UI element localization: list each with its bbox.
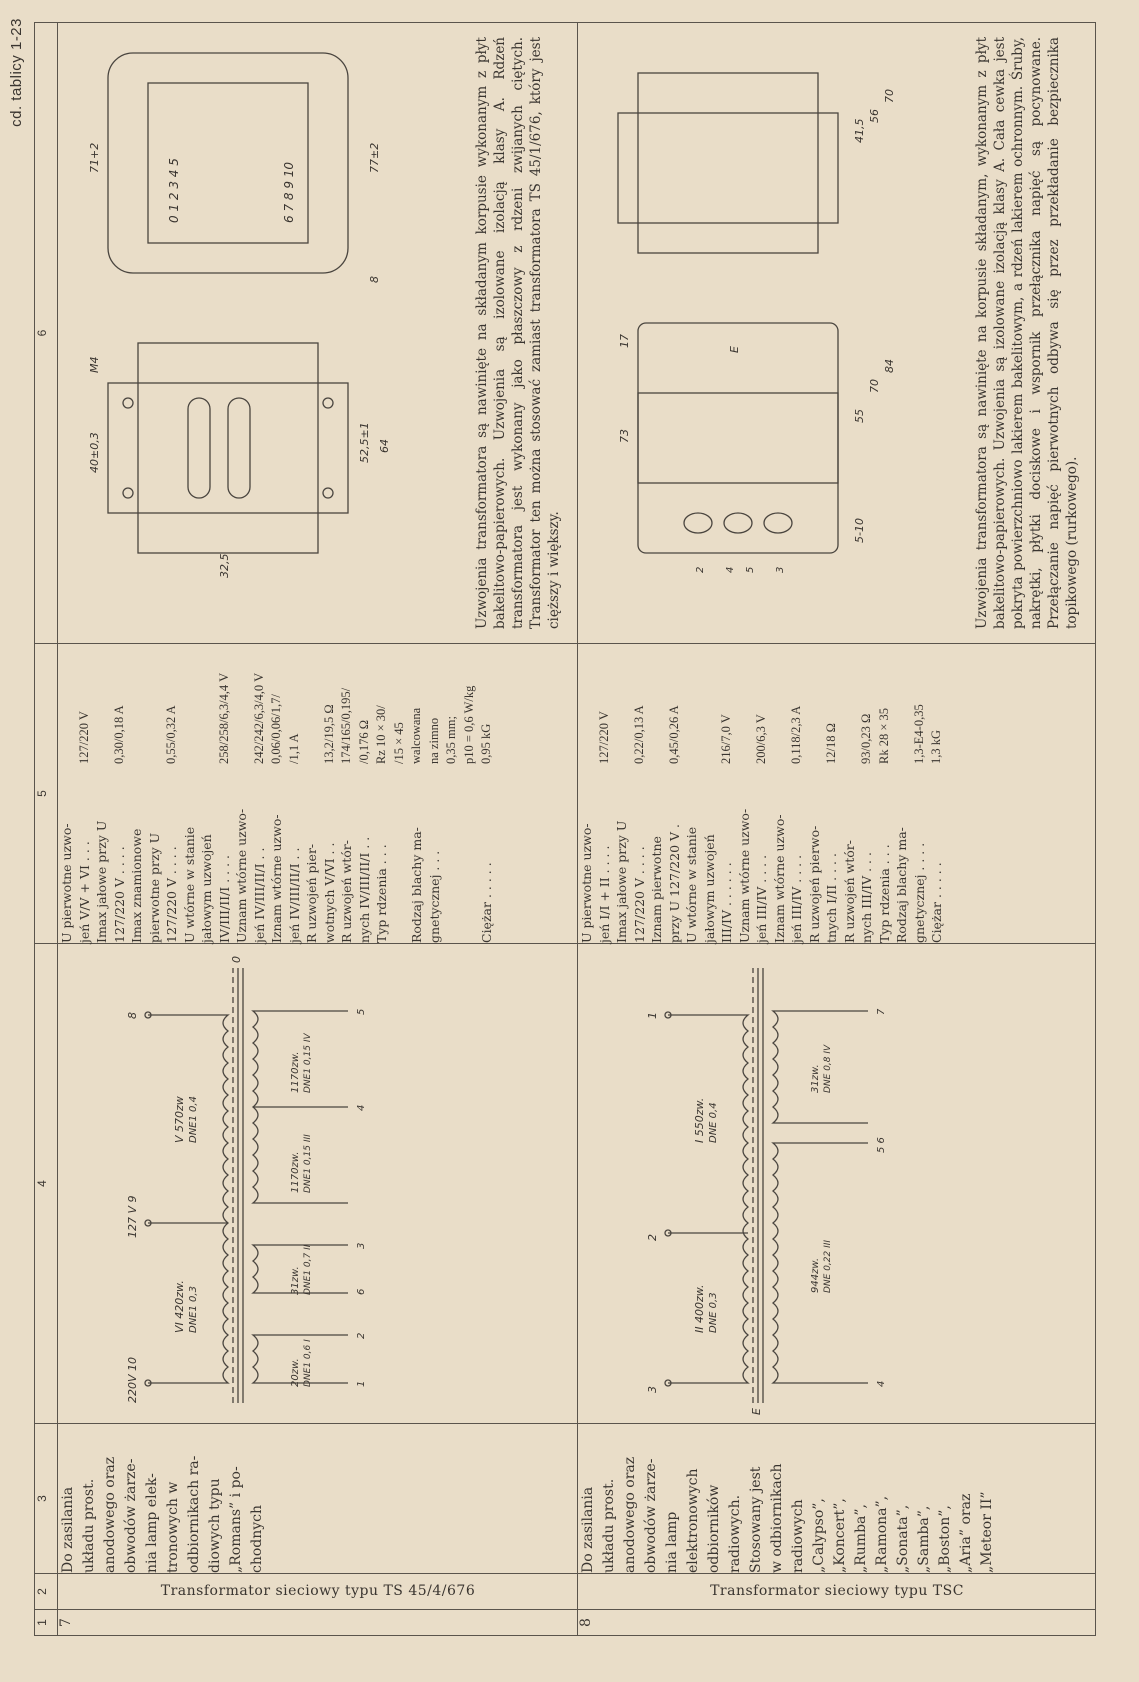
svg-text:DNE1 0,3: DNE1 0,3 [188, 1286, 199, 1333]
svg-text:73: 73 [618, 429, 631, 443]
svg-text:64: 64 [378, 439, 391, 453]
svg-text:DNE 0,22 III: DNE 0,22 III [823, 1240, 833, 1293]
svg-text:DNE 0,8 IV: DNE 0,8 IV [823, 1044, 833, 1093]
svg-text:4: 4 [876, 1381, 887, 1387]
svg-text:2: 2 [356, 1333, 367, 1339]
svg-text:V 570zw: V 570zw [173, 1096, 186, 1143]
transformer-name: Transformator sieciowy typu TSC [710, 1584, 964, 1600]
column-number-row: 1 2 3 4 5 6 [35, 23, 58, 1636]
transformer-name: Transformator sieciowy typu TS 45/4/676 [160, 1584, 474, 1600]
col-3-header: 3 [35, 1424, 58, 1574]
svg-text:VI 420zw.: VI 420zw. [173, 1280, 186, 1333]
svg-text:DNE1 0,7 II: DNE1 0,7 II [303, 1244, 313, 1295]
col-6-header: 6 [35, 23, 58, 644]
rotated-page: cd. tablicy 1-23 1 2 3 4 5 6 7 Transform… [0, 0, 1139, 1682]
svg-text:31zw.: 31zw. [290, 1266, 301, 1295]
svg-text:220V 10: 220V 10 [126, 1357, 139, 1403]
svg-text:1: 1 [646, 1012, 659, 1019]
svg-text:8: 8 [368, 276, 381, 283]
svg-text:1170zw.: 1170zw. [290, 1152, 301, 1193]
parameters-list: U pierwotne uzwo- jeń I/I + II . . . .12… [578, 644, 1096, 944]
svg-text:I 550zw.: I 550zw. [693, 1098, 706, 1143]
svg-text:3: 3 [356, 1243, 367, 1249]
svg-text:56: 56 [868, 109, 881, 123]
svg-text:6: 6 [356, 1289, 367, 1295]
svg-text:944zw.: 944zw. [810, 1258, 821, 1293]
col-1-header: 1 [35, 1610, 58, 1636]
svg-text:20zw.: 20zw. [290, 1358, 301, 1387]
svg-text:31zw.: 31zw. [810, 1064, 821, 1093]
svg-text:5: 5 [356, 1009, 367, 1015]
svg-text:77±2: 77±2 [368, 143, 381, 173]
transformer-name-cell: Transformator sieciowy typu TSC [578, 1574, 1096, 1610]
svg-text:70: 70 [883, 89, 896, 103]
winding-schematic: 220V 10 127 V 9 8 0 VI 420zw. DNE1 0,3 V… [58, 944, 578, 1424]
parameters-list: U pierwotne uzwo- jeń V/V + VI . . .127/… [58, 644, 578, 944]
svg-text:0 1 2 3 4 5: 0 1 2 3 4 5 [167, 158, 181, 223]
svg-text:2: 2 [695, 567, 706, 573]
svg-text:40±0,3: 40±0,3 [88, 432, 101, 473]
svg-text:DNE 0,3: DNE 0,3 [708, 1292, 719, 1333]
svg-text:71+2: 71+2 [88, 143, 101, 173]
construction-description: 2 4 5 3 E 73 17 5-10 55 70 84 41,5 56 70 [578, 23, 1096, 644]
svg-text:41,5: 41,5 [853, 119, 866, 144]
page-reference: cd. tablicy 1-23 [8, 18, 25, 127]
svg-text:4: 4 [356, 1105, 367, 1111]
svg-text:52,5±1: 52,5±1 [358, 422, 371, 463]
svg-text:5-10: 5-10 [853, 518, 866, 543]
svg-text:DNE1 0,4: DNE1 0,4 [188, 1096, 199, 1143]
svg-text:84: 84 [883, 359, 896, 373]
use-description: Do zasilania układu prost. anodowego ora… [578, 1424, 1096, 1574]
svg-text:8: 8 [126, 1012, 139, 1019]
use-description: Do zasilania układu prost. anodowego ora… [58, 1424, 578, 1574]
transformer-drawing: 32,5 40±0,3 M4 52,5±1 64 0 1 2 3 4 5 6 7… [78, 23, 398, 583]
svg-text:DNE1 0,15 III: DNE1 0,15 III [303, 1134, 313, 1193]
description-text: Uzwojenia transformatora są nawinięte na… [473, 37, 563, 629]
transformer-table: 1 2 3 4 5 6 7 Transformator sieciowy typ… [34, 22, 1096, 1636]
svg-text:4: 4 [725, 567, 736, 573]
svg-text:1170zw.: 1170zw. [290, 1052, 301, 1093]
construction-description: 32,5 40±0,3 M4 52,5±1 64 0 1 2 3 4 5 6 7… [58, 23, 578, 644]
svg-text:3: 3 [775, 567, 786, 573]
svg-text:6 7 8 9 10: 6 7 8 9 10 [282, 162, 296, 223]
svg-text:2: 2 [646, 1234, 659, 1241]
transformer-name-cell: Transformator sieciowy typu TS 45/4/676 [58, 1574, 578, 1610]
svg-text:E: E [750, 1408, 763, 1415]
svg-text:DNE1 0,15 IV: DNE1 0,15 IV [303, 1033, 313, 1093]
svg-text:0: 0 [230, 956, 243, 963]
svg-text:3: 3 [646, 1386, 659, 1393]
svg-text:M4: M4 [88, 357, 101, 374]
svg-text:55: 55 [853, 409, 866, 423]
svg-text:127 V 9: 127 V 9 [126, 1195, 139, 1238]
svg-text:5: 5 [745, 567, 756, 573]
svg-text:5 6: 5 6 [876, 1137, 887, 1153]
svg-text:1: 1 [356, 1381, 367, 1387]
svg-text:7: 7 [876, 1008, 887, 1015]
row-number: 7 [58, 1610, 578, 1636]
svg-text:DNE 0,4: DNE 0,4 [708, 1102, 719, 1143]
svg-text:17: 17 [618, 334, 631, 348]
row-number: 8 [578, 1610, 1096, 1636]
transformer-drawing: 2 4 5 3 E 73 17 5-10 55 70 84 41,5 56 70 [598, 23, 898, 583]
table-row-7: 7 Transformator sieciowy typu TS 45/4/67… [58, 23, 578, 1636]
svg-text:70: 70 [868, 379, 881, 393]
description-text: Uzwojenia transformatora są nawinięte na… [973, 37, 1081, 629]
winding-schematic: 3 2 1 E II 400zw. DNE 0,3 I 550zw. DNE 0… [578, 944, 1096, 1424]
svg-text:II 400zw.: II 400zw. [693, 1284, 706, 1333]
table-row-8: 8 Transformator sieciowy typu TSC Do zas… [578, 23, 1096, 1636]
svg-text:32,5: 32,5 [218, 554, 231, 579]
schematic-diagram: 220V 10 127 V 9 8 0 VI 420zw. DNE1 0,3 V… [88, 945, 388, 1423]
svg-text:E: E [728, 346, 741, 353]
svg-text:DNE1 0,6 I: DNE1 0,6 I [303, 1339, 313, 1387]
col-2-header: 2 [35, 1574, 58, 1610]
col-4-header: 4 [35, 944, 58, 1424]
col-5-header: 5 [35, 644, 58, 944]
schematic-diagram: 3 2 1 E II 400zw. DNE 0,3 I 550zw. DNE 0… [608, 945, 908, 1423]
